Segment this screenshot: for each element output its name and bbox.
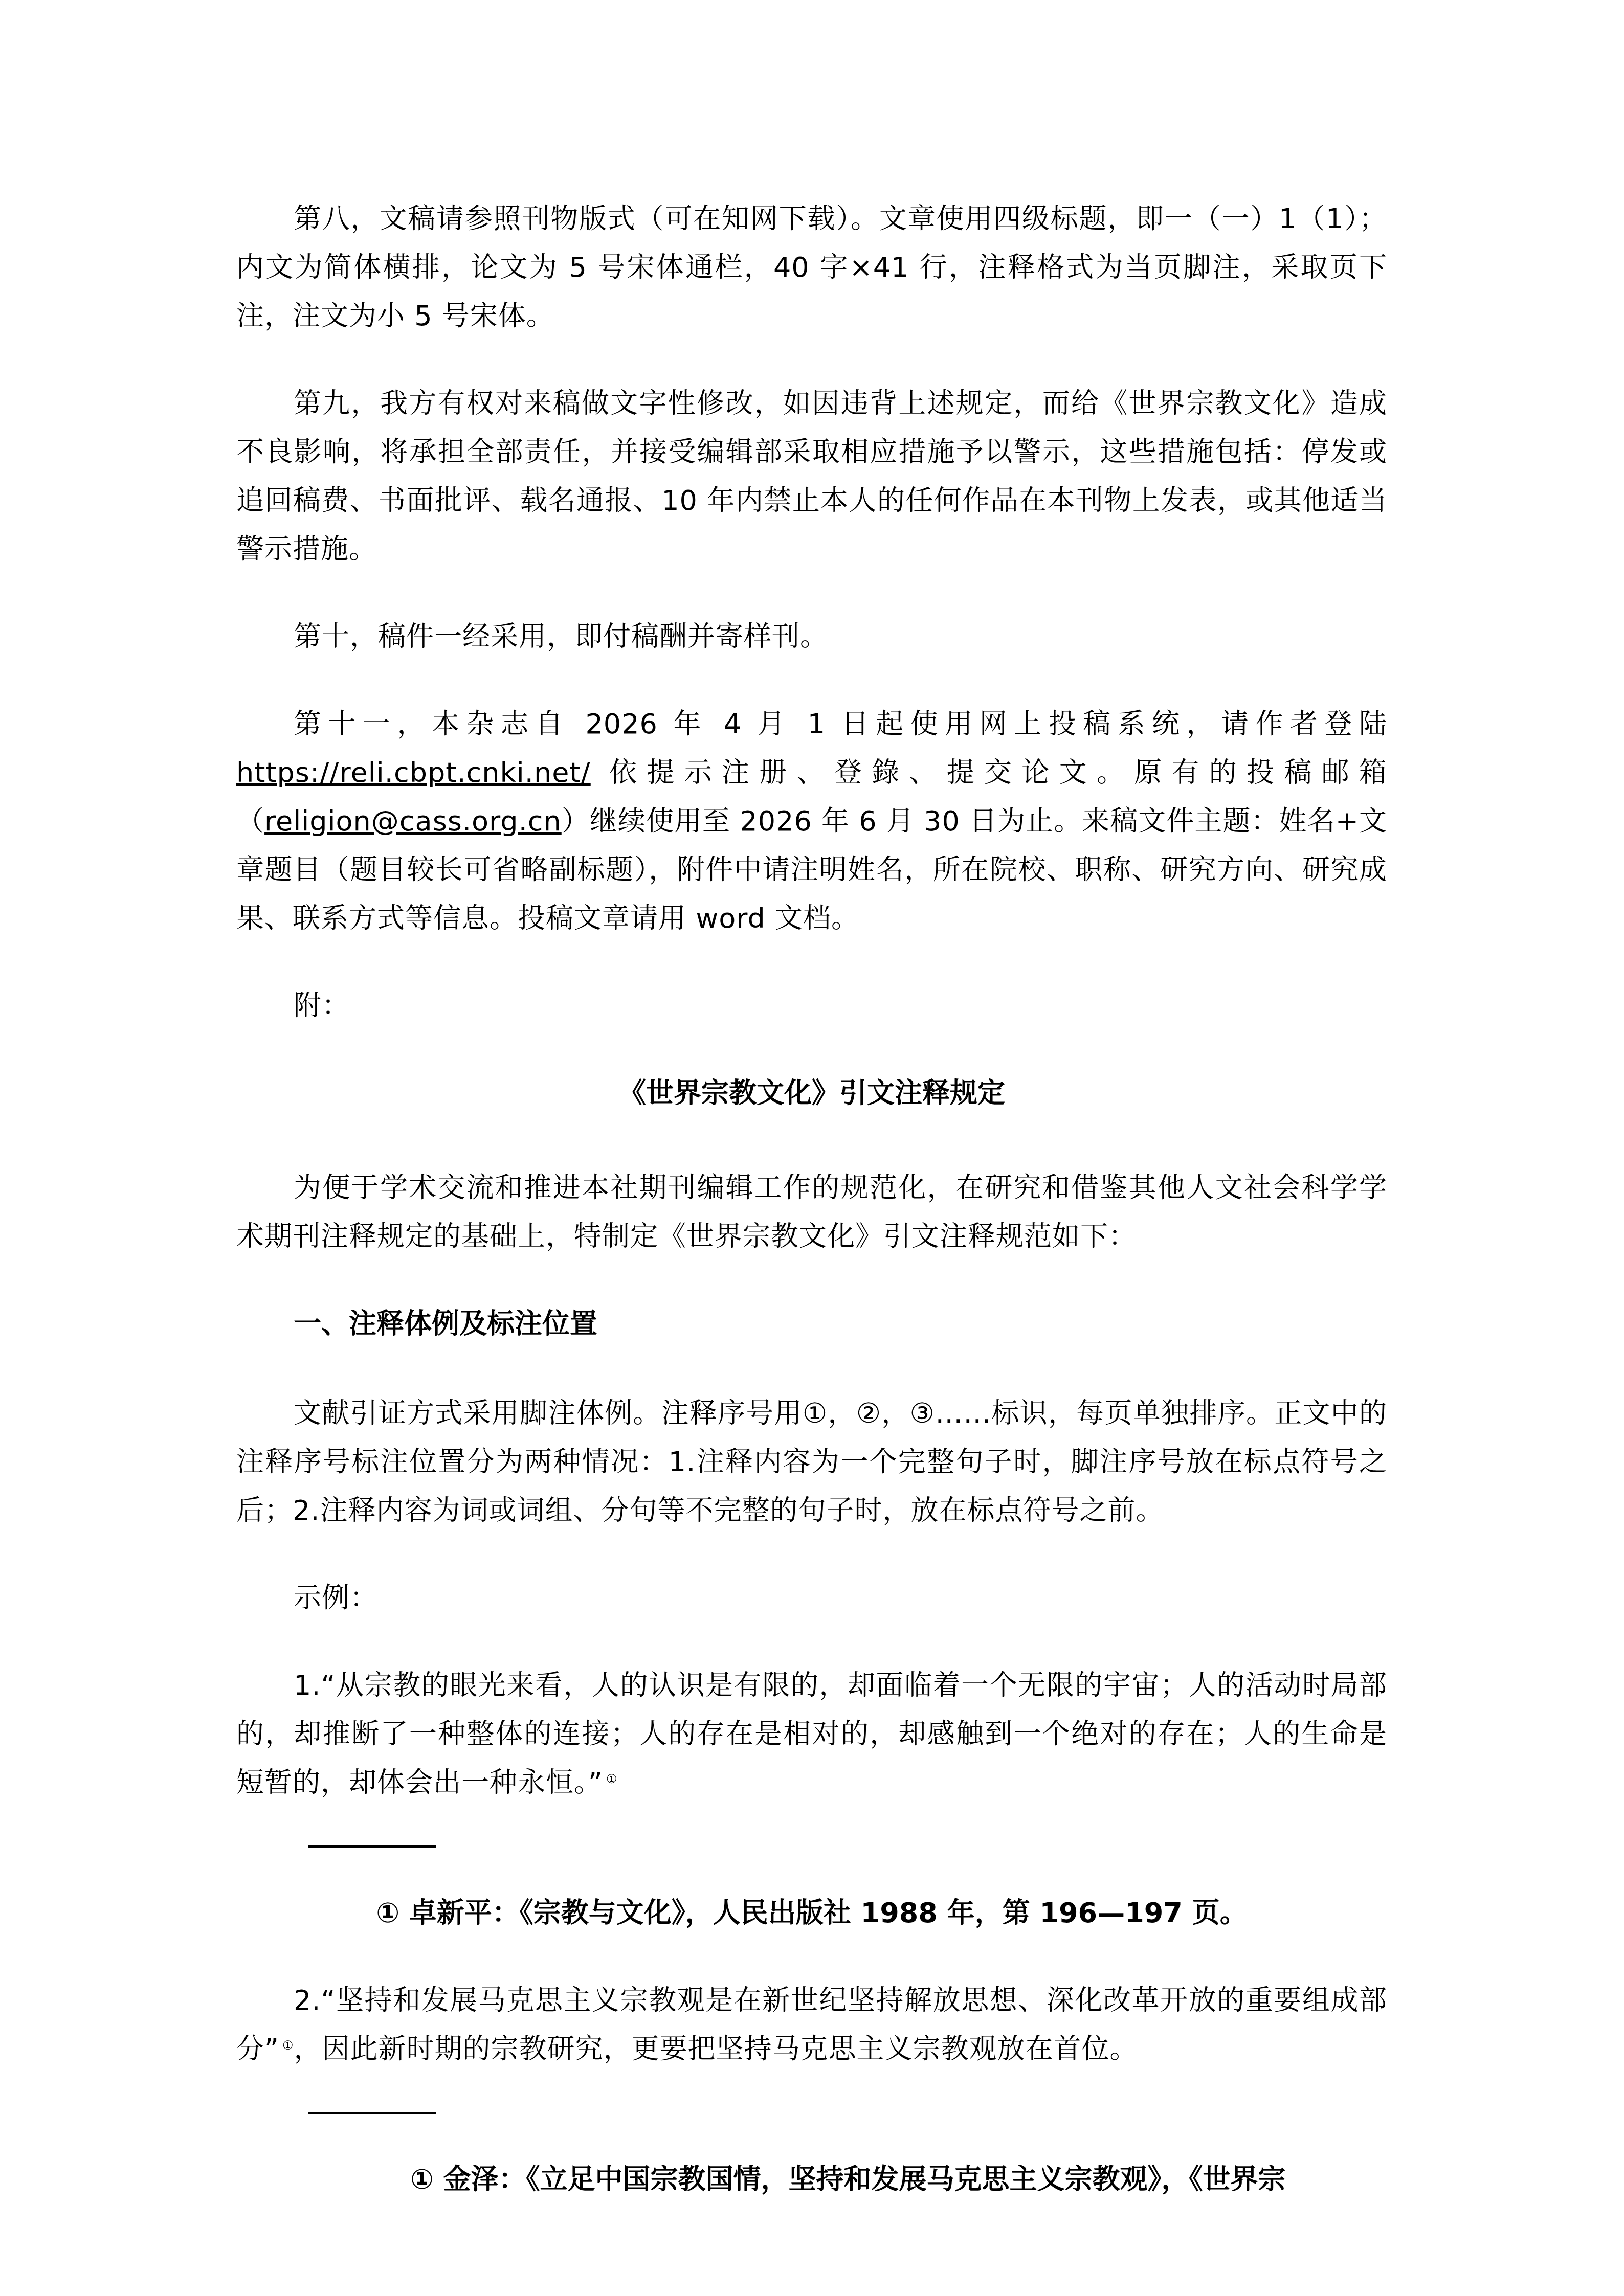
- document-page: 第八，文稿请参照刊物版式（可在知网下载）。文章使用四级标题，即一（一）1（1）；…: [236, 194, 1387, 2242]
- paragraph-11-text-a: 第十一，本杂志自 2026 年 4 月 1 日起使用网上投稿系统，请作者登陆: [294, 708, 1387, 740]
- section-1-body: 文献引证方式采用脚注体例。注释序号用①，②，③……标识，每页单独排序。正文中的注…: [236, 1389, 1387, 1535]
- paragraph-8: 第八，文稿请参照刊物版式（可在知网下载）。文章使用四级标题，即一（一）1（1）；…: [236, 194, 1387, 340]
- footnote-2: ① 金泽：《立足中国宗教国情，坚持和发展马克思主义宗教观》，《世界宗: [236, 2155, 1387, 2203]
- section-1-heading: 一、注释体例及标注位置: [236, 1299, 1387, 1348]
- appendix-label: 附：: [236, 981, 1387, 1030]
- example-2: 2.“坚持和发展马克思主义宗教观是在新世纪坚持解放思想、深化改革开放的重要组成部…: [236, 1976, 1387, 2073]
- example-1: 1.“从宗教的眼光来看，人的认识是有限的，却面临着一个无限的宇宙；人的活动时局部…: [236, 1661, 1387, 1807]
- footnote-marker: ①: [282, 2038, 294, 2053]
- example-1-text: 1.“从宗教的眼光来看，人的认识是有限的，却面临着一个无限的宇宙；人的活动时局部…: [236, 1669, 1387, 1798]
- appendix-title: 《世界宗教文化》引文注释规定: [236, 1069, 1387, 1117]
- footnote-separator: [308, 1845, 436, 1848]
- example-label: 示例：: [236, 1573, 1387, 1622]
- submission-system-link[interactable]: https://reli.cbpt.cnki.net/: [236, 756, 591, 789]
- intro-paragraph: 为便于学术交流和推进本社期刊编辑工作的规范化，在研究和借鉴其他人文社会科学学术期…: [236, 1163, 1387, 1260]
- footnote-1: ① 卓新平：《宗教与文化》，人民出版社 1988 年，第 196—197 页。: [236, 1888, 1387, 1937]
- paragraph-11: 第十一，本杂志自 2026 年 4 月 1 日起使用网上投稿系统，请作者登陆ht…: [236, 700, 1387, 942]
- footnote-marker: ①: [606, 1772, 618, 1786]
- example-2-text-b: ，因此新时期的宗教研究，更要把坚持马克思主义宗教观放在首位。: [294, 2033, 1138, 2065]
- paragraph-9: 第九，我方有权对来稿做文字性修改，如因违背上述规定，而给《世界宗教文化》造成不良…: [236, 379, 1387, 573]
- submission-email-link[interactable]: religion@cass.org.cn: [264, 805, 562, 837]
- footnote-separator: [308, 2112, 436, 2114]
- paragraph-10: 第十，稿件一经采用，即付稿酬并寄样刊。: [236, 612, 1387, 661]
